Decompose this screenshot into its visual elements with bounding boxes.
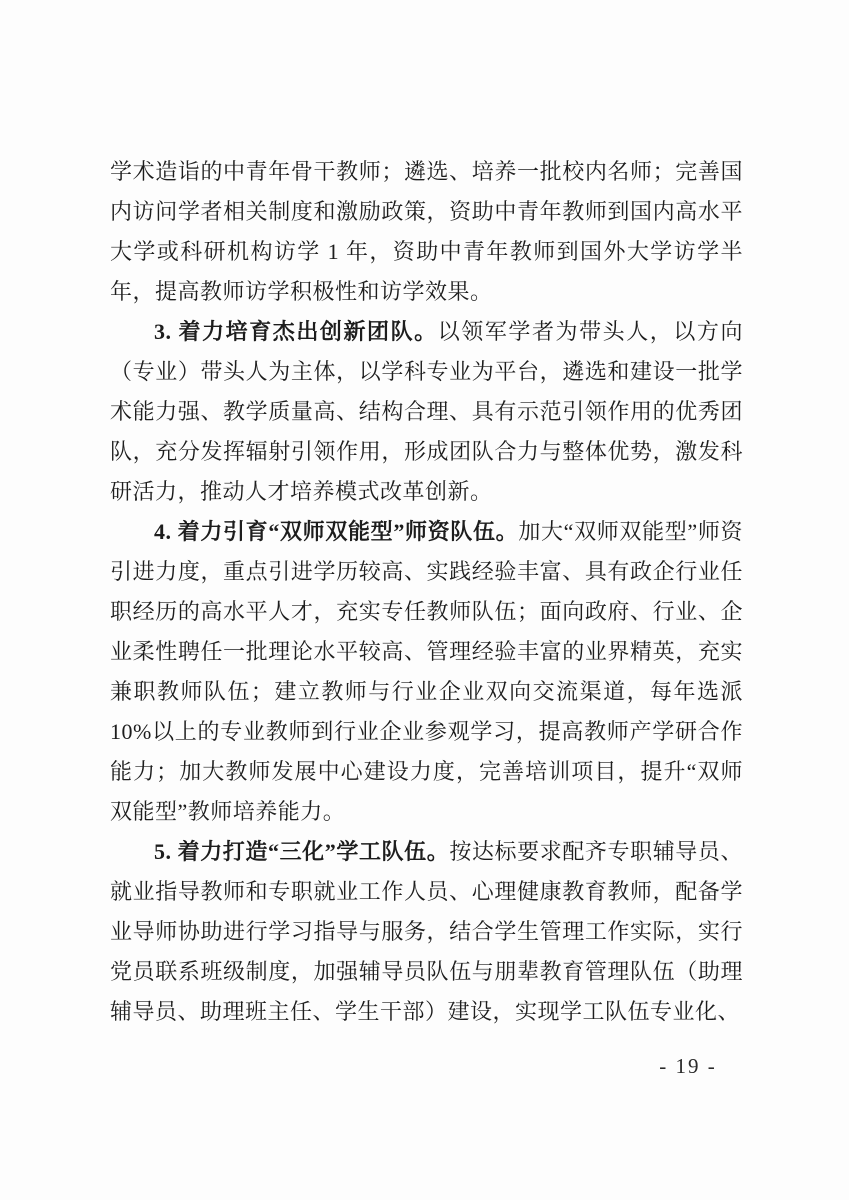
paragraph-text: 加大“双师双能型”师资引进力度，重点引进学历较高、实践经验丰富、具有政企行业任职… — [110, 519, 743, 824]
paragraph-item-5: 5. 着力打造“三化”学工队伍。按达标要求配齐专职辅导员、就业指导教师和专职就业… — [110, 832, 743, 1032]
paragraph-heading: 5. 着力打造“三化”学工队伍。 — [154, 839, 449, 864]
page-number: - 19 - — [638, 1052, 738, 1080]
paragraph-text: 以领军学者为带头人，以方向（专业）带头人为主体，以学科专业为平台，遴选和建设一批… — [110, 319, 743, 504]
document-page: 学术造诣的中青年骨干教师；遴选、培养一批校内名师；完善国内访问学者相关制度和激励… — [0, 0, 849, 1200]
paragraph-heading: 3. 着力培育杰出创新团队。 — [154, 319, 438, 344]
paragraph-item-3: 3. 着力培育杰出创新团队。以领军学者为带头人，以方向（专业）带头人为主体，以学… — [110, 312, 743, 512]
document-body: 学术造诣的中青年骨干教师；遴选、培养一批校内名师；完善国内访问学者相关制度和激励… — [110, 152, 743, 1032]
paragraph-heading: 4. 着力引育“双师双能型”师资队伍。 — [154, 519, 518, 544]
paragraph-text: 按达标要求配齐专职辅导员、就业指导教师和专职就业工作人员、心理健康教育教师，配备… — [110, 839, 743, 1024]
paragraph-continuation: 学术造诣的中青年骨干教师；遴选、培养一批校内名师；完善国内访问学者相关制度和激励… — [110, 152, 743, 312]
paragraph-text: 学术造诣的中青年骨干教师；遴选、培养一批校内名师；完善国内访问学者相关制度和激励… — [110, 159, 743, 304]
paragraph-item-4: 4. 着力引育“双师双能型”师资队伍。加大“双师双能型”师资引进力度，重点引进学… — [110, 512, 743, 832]
